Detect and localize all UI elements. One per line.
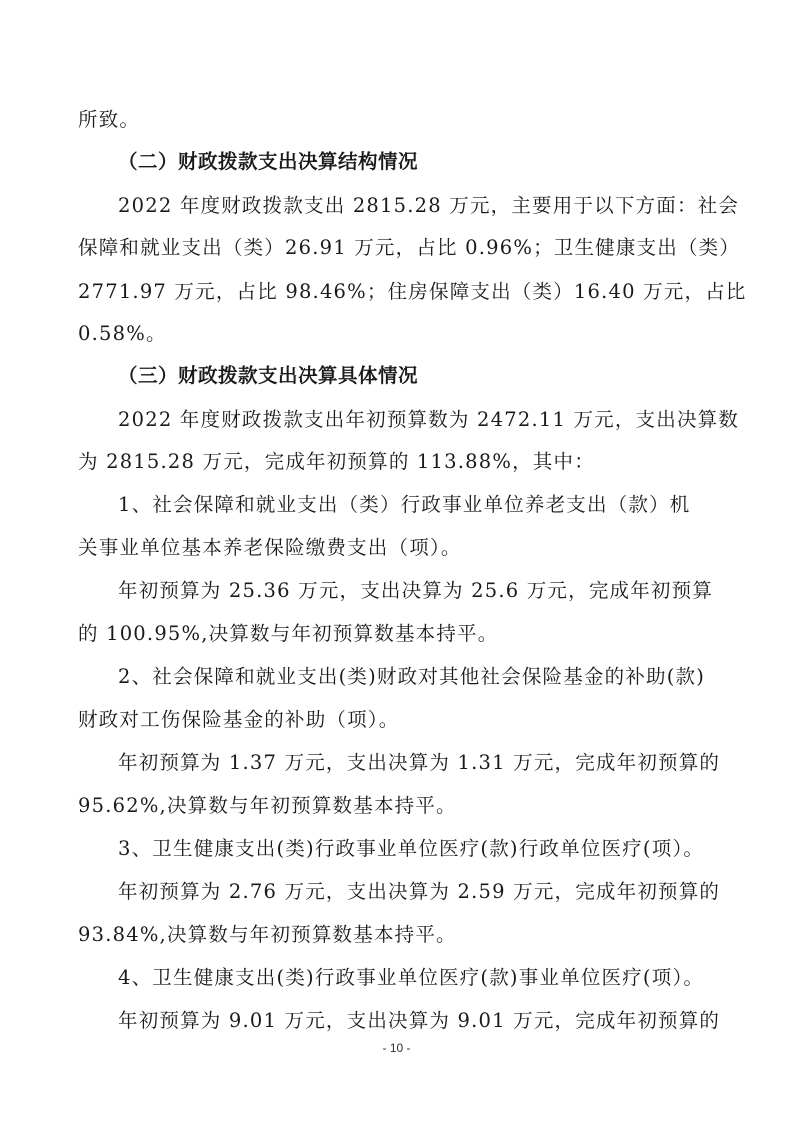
item-1-detail-cont: 的 100.95%,决算数与年初预算数基本持平。 — [78, 622, 718, 646]
text-line-4: 2771.97 万元，占比 98.46%；住房保障支出（类）16.40 万元，占… — [78, 280, 718, 304]
item-2-title-cont: 财政对工伤保险基金的补助（项）。 — [78, 708, 718, 732]
section-heading-2: （二）财政拨款支出决算结构情况 — [118, 150, 758, 174]
text-line-3: 保障和就业支出（类）26.91 万元，占比 0.96%；卫生健康支出（类） — [78, 236, 718, 260]
section-heading-3: （三）财政拨款支出决算具体情况 — [118, 364, 758, 388]
item-1-title: 1、社会保障和就业支出（类）行政事业单位养老支出（款）机 — [118, 493, 758, 517]
text-line-8: 为 2815.28 万元，完成年初预算的 113.88%，其中： — [78, 450, 718, 474]
text-line-0: 所致。 — [78, 108, 718, 132]
page-number: - 10 - — [0, 1041, 793, 1055]
item-3-title: 3、卫生健康支出(类)行政事业单位医疗(款)行政单位医疗(项）。 — [118, 837, 758, 861]
text-line-2: 2022 年度财政拨款支出 2815.28 万元，主要用于以下方面：社会 — [118, 194, 758, 218]
item-1-detail: 年初预算为 25.36 万元，支出决算为 25.6 万元，完成年初预算 — [118, 579, 758, 603]
item-1-title-cont: 关事业单位基本养老保险缴费支出（项）。 — [78, 536, 718, 560]
item-2-detail-cont: 95.62%,决算数与年初预算数基本持平。 — [78, 794, 718, 818]
item-4-detail: 年初预算为 9.01 万元，支出决算为 9.01 万元，完成年初预算的 — [118, 1009, 758, 1033]
document-page: 所致。 （二）财政拨款支出决算结构情况 2022 年度财政拨款支出 2815.2… — [0, 0, 793, 1122]
item-2-detail: 年初预算为 1.37 万元，支出决算为 1.31 万元，完成年初预算的 — [118, 751, 758, 775]
item-3-detail-cont: 93.84%,决算数与年初预算数基本持平。 — [78, 923, 718, 947]
text-line-5: 0.58%。 — [78, 322, 718, 346]
text-line-7: 2022 年度财政拨款支出年初预算数为 2472.11 万元，支出决算数 — [118, 408, 758, 432]
item-3-detail: 年初预算为 2.76 万元，支出决算为 2.59 万元，完成年初预算的 — [118, 880, 758, 904]
item-4-title: 4、卫生健康支出(类)行政事业单位医疗(款)事业单位医疗(项）。 — [118, 966, 758, 990]
item-2-title: 2、社会保障和就业支出(类)财政对其他社会保险基金的补助(款) — [118, 665, 758, 689]
